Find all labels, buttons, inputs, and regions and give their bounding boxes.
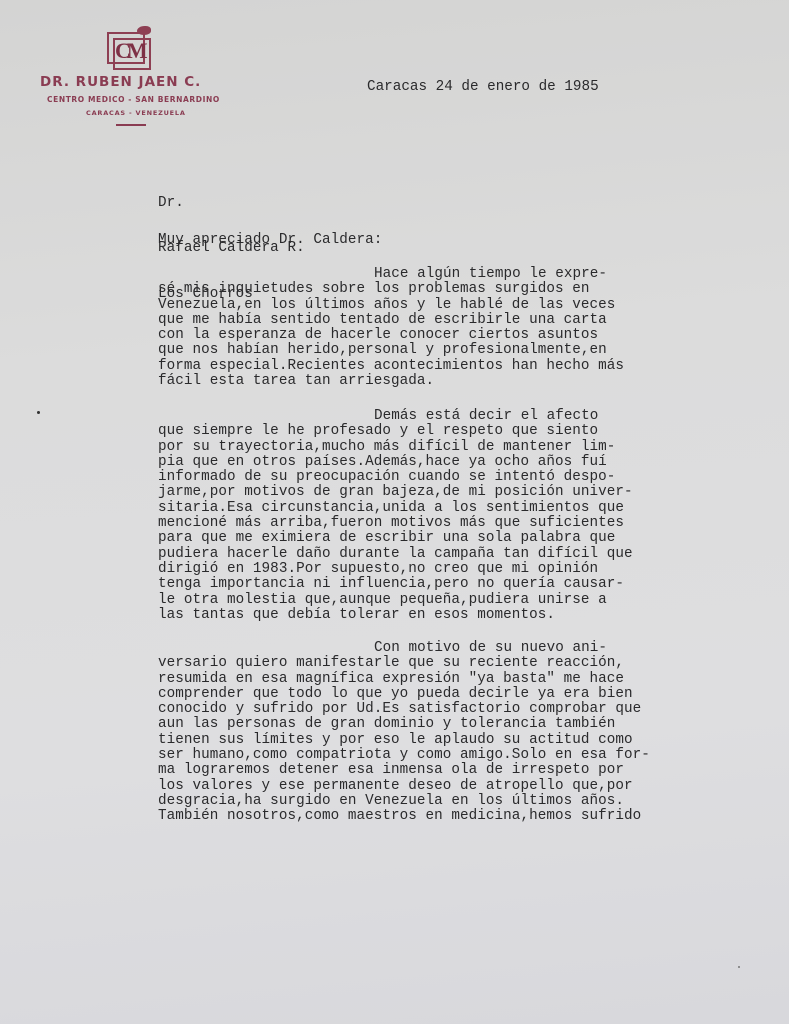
paragraph-line: versario quiero manifestarle que su reci… [158, 656, 650, 671]
paragraph-line: informado de su preocupación cuando se i… [158, 470, 633, 485]
paragraph-line: por su trayectoria,mucho más difícil de … [158, 440, 633, 455]
recipient-line: Dr. [158, 196, 305, 211]
letterhead-subtitle: CENTRO MEDICO - SAN BERNARDINO [30, 95, 230, 104]
paragraph-line: dirigió en 1983.Por supuesto,no creo que… [158, 562, 633, 577]
paragraph-line: los valores y ese permanente deseo de at… [158, 779, 650, 794]
paragraph-1: Hace algún tiempo le expre-sé mis inquie… [158, 267, 624, 389]
paragraph-line: mencioné más arriba,fueron motivos más q… [158, 516, 633, 531]
paragraph-line: ma lograremos detener esa inmensa ola de… [158, 763, 650, 778]
paragraph-line: sé mis inquietudes sobre los problemas s… [158, 282, 624, 297]
paragraph-line: tenga importancia ni influencia,pero no … [158, 577, 633, 592]
paragraph-line: pudiera hacerle daño durante la campaña … [158, 547, 633, 562]
paragraph-line: También nosotros,como maestros en medici… [158, 809, 650, 824]
paper-speck [37, 411, 40, 414]
letterhead: CM DR. RUBEN JAEN C. CENTRO MEDICO - SAN… [30, 28, 230, 126]
paragraph-line: comprender que todo lo que yo pueda deci… [158, 687, 650, 702]
paragraph-line: que nos habían herido,personal y profesi… [158, 343, 624, 358]
paragraph-line: aun las personas de gran dominio y toler… [158, 717, 650, 732]
paragraph-first-line: Demás está decir el afecto [158, 409, 633, 424]
paragraph-line: le otra molestia que,aunque pequeña,pudi… [158, 593, 633, 608]
paragraph-line: forma especial.Recientes acontecimientos… [158, 359, 624, 374]
paragraph-line: conocido y sufrido por Ud.Es satisfactor… [158, 702, 650, 717]
letterhead-rule [116, 124, 146, 126]
paragraph-2: Demás está decir el afectoque siempre le… [158, 409, 633, 623]
dateline: Caracas 24 de enero de 1985 [367, 79, 599, 95]
paper-speck [738, 966, 740, 968]
letterhead-name: DR. RUBEN JAEN C. [30, 74, 230, 90]
paragraph-line: pia que en otros países.Además,hace ya o… [158, 455, 633, 470]
paragraph-3: Con motivo de su nuevo ani-versario quie… [158, 641, 650, 825]
paragraph-line: con la esperanza de hacerle conocer cier… [158, 328, 624, 343]
logo-leaf-ornament [137, 26, 151, 35]
letterhead-city: CARACAS - VENEZUELA [30, 109, 230, 117]
paragraph-line: tienen sus límites y por eso le aplaudo … [158, 733, 650, 748]
paragraph-first-line: Con motivo de su nuevo ani- [158, 641, 650, 656]
paragraph-line: resumida en esa magnífica expresión "ya … [158, 672, 650, 687]
paragraph-line: que siempre le he profesado y el respeto… [158, 424, 633, 439]
salutation: Muy apreciado Dr. Caldera: [158, 233, 382, 248]
paragraph-line: para que me eximiera de escribir una sol… [158, 531, 633, 546]
paragraph-line: ser humano,como compatriota y como amigo… [158, 748, 650, 763]
paragraph-first-line: Hace algún tiempo le expre- [158, 267, 624, 282]
paragraph-line: jarme,por motivos de gran bajeza,de mi p… [158, 485, 633, 500]
cm-monogram-logo-icon: CM [107, 28, 153, 66]
paragraph-line: que me había sentido tentado de escribir… [158, 313, 624, 328]
logo-monogram: CM [115, 38, 144, 64]
paragraph-line: fácil esta tarea tan arriesgada. [158, 374, 624, 389]
paragraph-line: sitaria.Esa circunstancia,unida a los se… [158, 501, 633, 516]
paragraph-line: Venezuela,en los últimos años y le hablé… [158, 298, 624, 313]
paragraph-line: desgracia,ha surgido en Venezuela en los… [158, 794, 650, 809]
paragraph-line: las tantas que debía tolerar en esos mom… [158, 608, 633, 623]
